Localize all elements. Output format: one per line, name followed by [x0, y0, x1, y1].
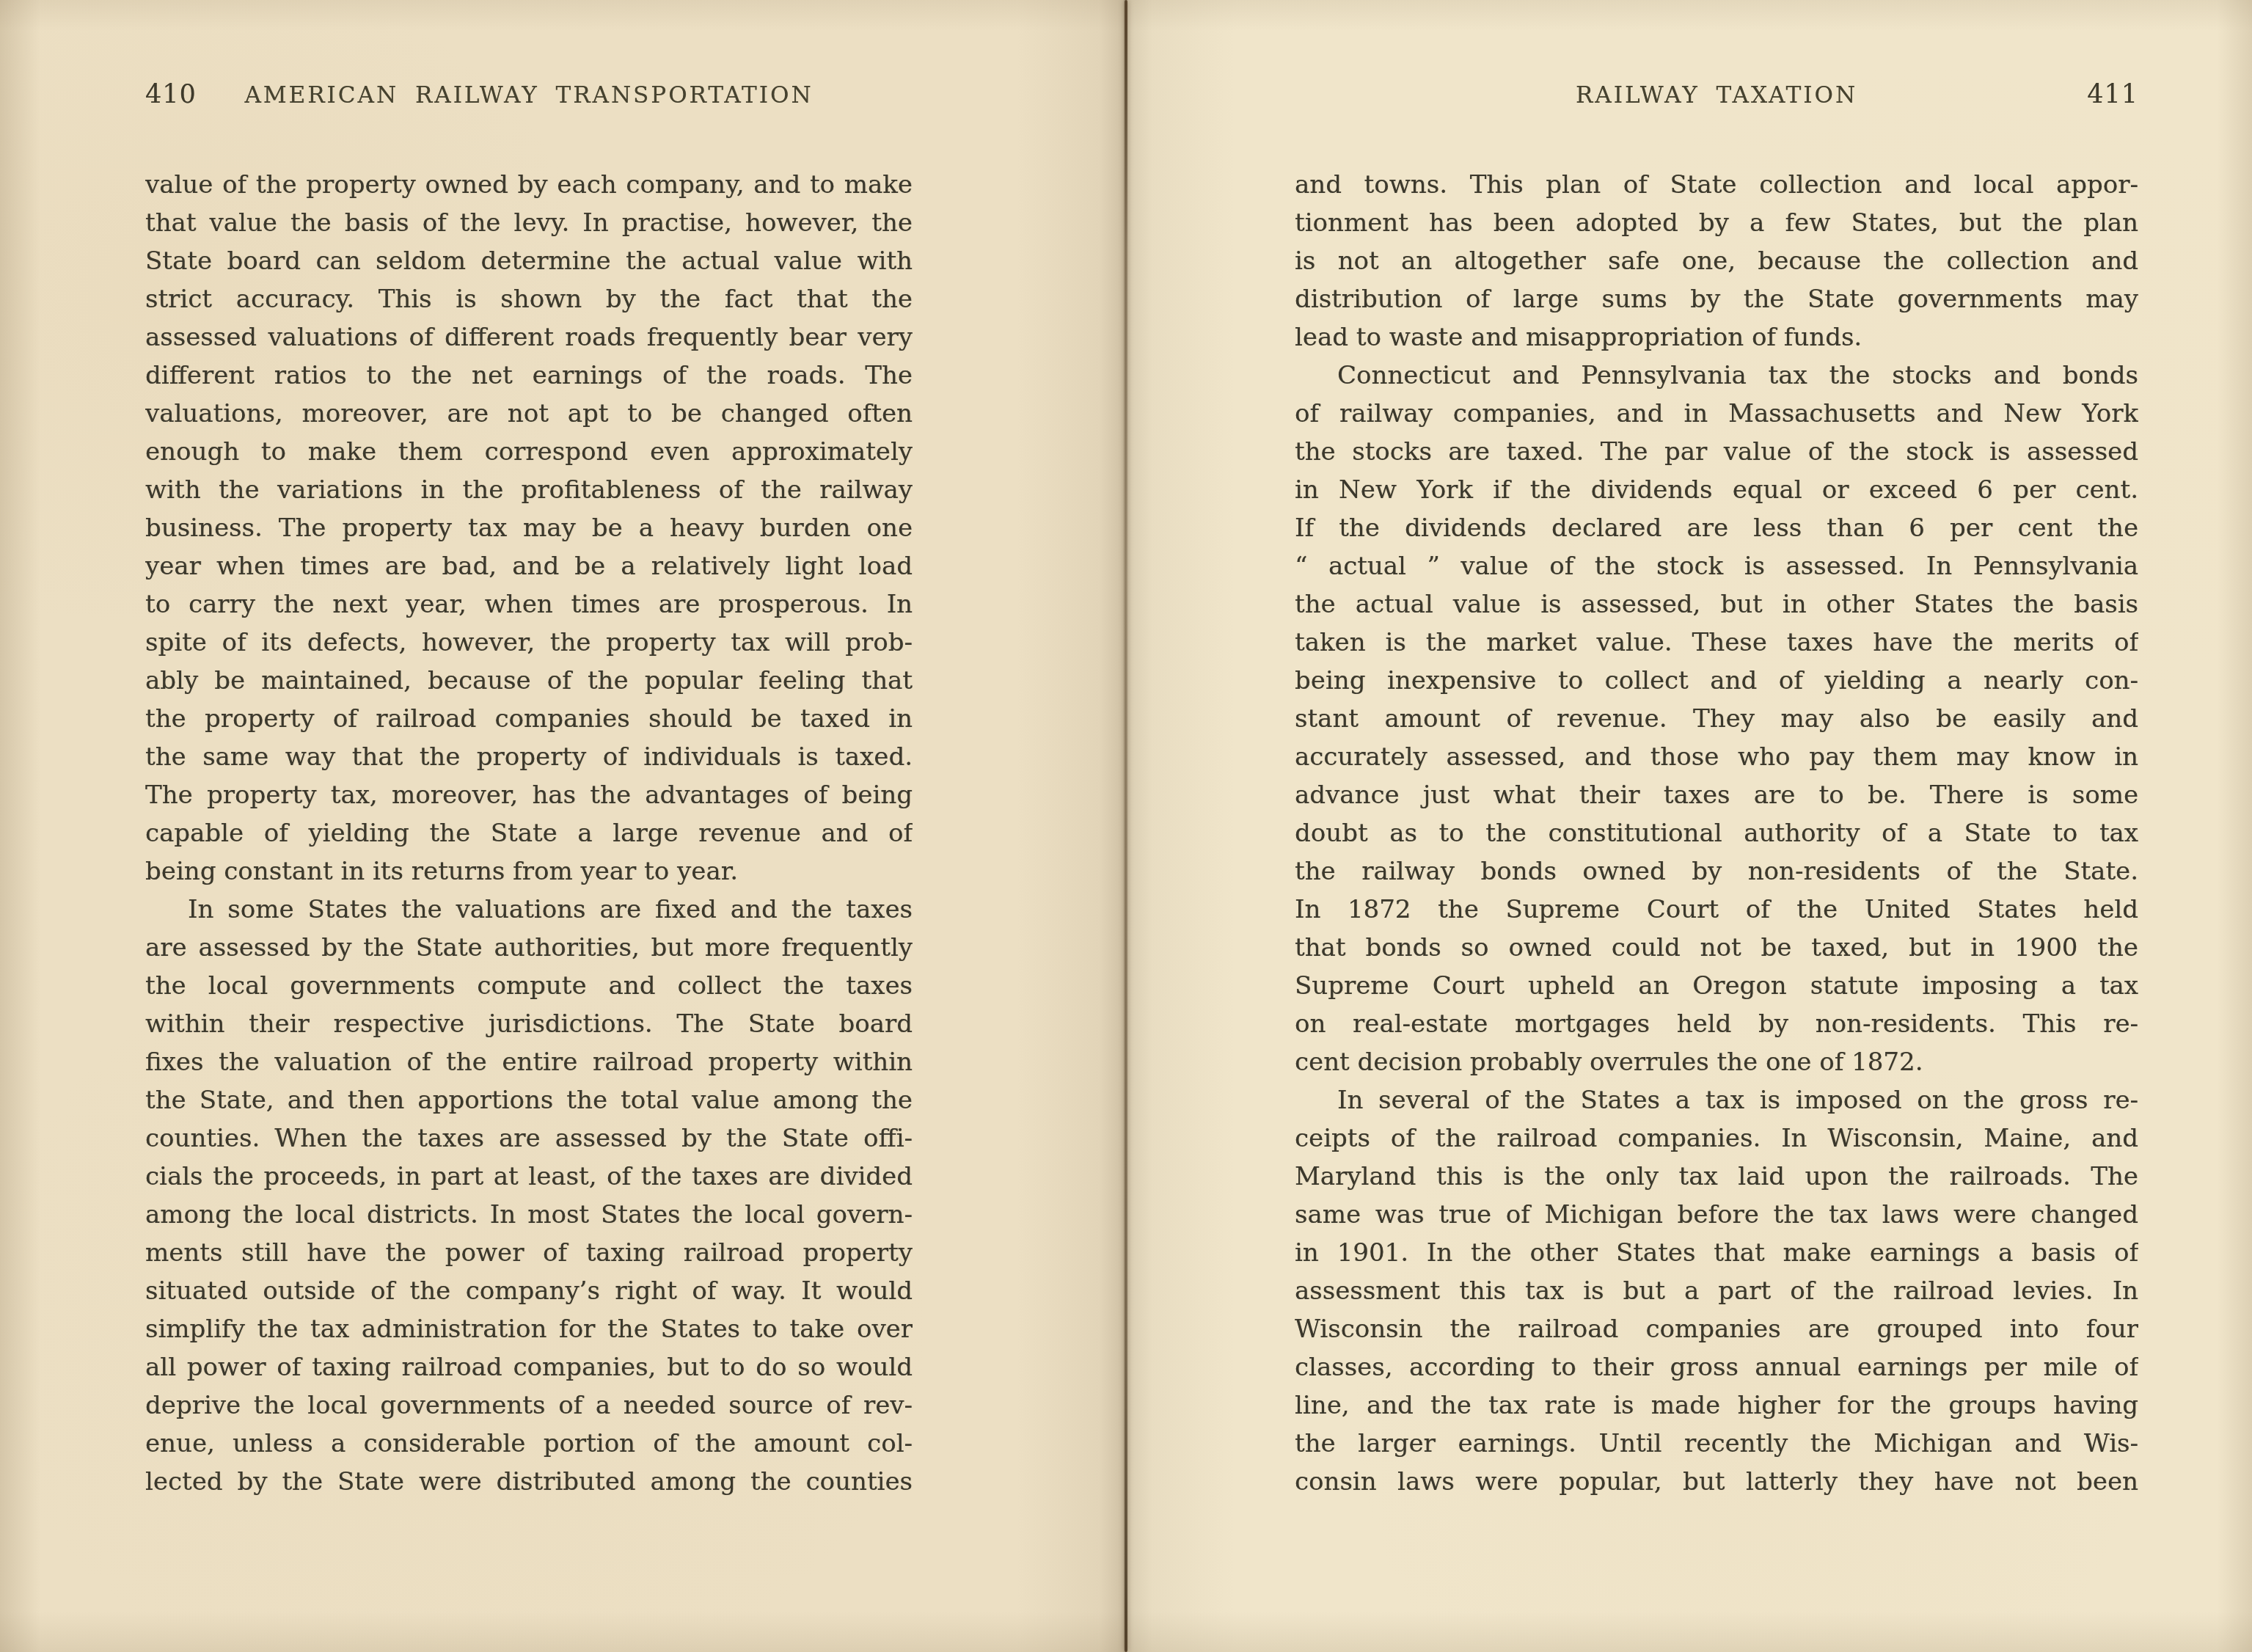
- text-line: being constant in its returns from year …: [145, 852, 913, 891]
- text-line: tionment has been adopted by a few State…: [1295, 204, 2138, 242]
- text-line: fixes the valuation of the entire railro…: [145, 1043, 913, 1081]
- text-line: distribution of large sums by the State …: [1295, 280, 2138, 318]
- text-line: enue, unless a considerable portion of t…: [145, 1425, 913, 1463]
- left-page-number: 410: [145, 80, 197, 109]
- text-line: situated outside of the company’s right …: [145, 1272, 913, 1310]
- text-line: “ actual ” value of the stock is assesse…: [1295, 547, 2138, 585]
- text-line: strict accuracy. This is shown by the fa…: [145, 280, 913, 318]
- text-line: and towns. This plan of State collection…: [1295, 166, 2138, 204]
- text-line: advance just what their taxes are to be.…: [1295, 776, 2138, 814]
- text-line: Supreme Court upheld an Oregon statute i…: [1295, 967, 2138, 1005]
- right-page-text: and towns. This plan of State collection…: [1295, 166, 2138, 1501]
- right-running-title: RAILWAY TAXATION: [1295, 82, 2138, 109]
- text-line: In some States the valuations are fixed …: [145, 891, 913, 929]
- text-line: Maryland this is the only tax laid upon …: [1295, 1158, 2138, 1196]
- text-line: State board can seldom determine the act…: [145, 242, 913, 280]
- right-page-number: 411: [2087, 80, 2138, 109]
- text-line: with the variations in the profitablenes…: [145, 471, 913, 509]
- text-line: If the dividends declared are less than …: [1295, 509, 2138, 547]
- text-line: being inexpensive to collect and of yiel…: [1295, 662, 2138, 700]
- left-running-head: 410 AMERICAN RAILWAY TRANSPORTATION: [145, 82, 913, 117]
- left-running-title: AMERICAN RAILWAY TRANSPORTATION: [145, 82, 913, 109]
- text-line: enough to make them correspond even appr…: [145, 433, 913, 471]
- text-line: Connecticut and Pennsylvania tax the sto…: [1295, 357, 2138, 395]
- text-line: simplify the tax administration for the …: [145, 1310, 913, 1348]
- text-line: assessed valuations of different roads f…: [145, 318, 913, 357]
- left-page-text: value of the property owned by each comp…: [145, 166, 913, 1501]
- text-line: year when times are bad, and be a relati…: [145, 547, 913, 585]
- right-page: RAILWAY TAXATION 411 and towns. This pla…: [1126, 0, 2252, 1652]
- text-line: to carry the next year, when times are p…: [145, 585, 913, 624]
- text-line: different ratios to the net earnings of …: [145, 357, 913, 395]
- text-line: line, and the tax rate is made higher fo…: [1295, 1386, 2138, 1425]
- text-line: business. The property tax may be a heav…: [145, 509, 913, 547]
- text-line: value of the property owned by each comp…: [145, 166, 913, 204]
- text-line: among the local districts. In most State…: [145, 1196, 913, 1234]
- text-line: counties. When the taxes are assessed by…: [145, 1119, 913, 1158]
- text-line: deprive the local governments of a neede…: [145, 1386, 913, 1425]
- text-line: on real-estate mortgages held by non-res…: [1295, 1005, 2138, 1043]
- text-line: spite of its defects, however, the prope…: [145, 624, 913, 662]
- text-line: ably be maintained, because of the popul…: [145, 662, 913, 700]
- text-line: that bonds so owned could not be taxed, …: [1295, 929, 2138, 967]
- text-line: assessment this tax is but a part of the…: [1295, 1272, 2138, 1310]
- text-line: in 1901. In the other States that make e…: [1295, 1234, 2138, 1272]
- text-line: ceipts of the railroad companies. In Wis…: [1295, 1119, 2138, 1158]
- text-line: that value the basis of the levy. In pra…: [145, 204, 913, 242]
- text-line: consin laws were popular, but latterly t…: [1295, 1463, 2138, 1501]
- text-line: Wisconsin the railroad companies are gro…: [1295, 1310, 2138, 1348]
- text-line: accurately assessed, and those who pay t…: [1295, 738, 2138, 776]
- text-line: valuations, moreover, are not apt to be …: [145, 395, 913, 433]
- text-line: the actual value is assessed, but in oth…: [1295, 585, 2138, 624]
- text-line: are assessed by the State authorities, b…: [145, 929, 913, 967]
- text-line: the State, and then apportions the total…: [145, 1081, 913, 1119]
- text-line: capable of yielding the State a large re…: [145, 814, 913, 852]
- text-line: cials the proceeds, in part at least, of…: [145, 1158, 913, 1196]
- text-line: the same way that the property of indivi…: [145, 738, 913, 776]
- text-line: the larger earnings. Until recently the …: [1295, 1425, 2138, 1463]
- right-running-head: RAILWAY TAXATION 411: [1295, 82, 2138, 117]
- text-line: ments still have the power of taxing rai…: [145, 1234, 913, 1272]
- text-line: taken is the market value. These taxes h…: [1295, 624, 2138, 662]
- text-line: lected by the State were distributed amo…: [145, 1463, 913, 1501]
- text-line: classes, according to their gross annual…: [1295, 1348, 2138, 1386]
- text-line: same was true of Michigan before the tax…: [1295, 1196, 2138, 1234]
- text-line: lead to waste and misappropriation of fu…: [1295, 318, 2138, 357]
- text-line: the stocks are taxed. The par value of t…: [1295, 433, 2138, 471]
- text-line: the local governments compute and collec…: [145, 967, 913, 1005]
- left-page: 410 AMERICAN RAILWAY TRANSPORTATION valu…: [0, 0, 1126, 1652]
- text-line: doubt as to the constitutional authority…: [1295, 814, 2138, 852]
- text-line: stant amount of revenue. They may also b…: [1295, 700, 2138, 738]
- text-line: in New York if the dividends equal or ex…: [1295, 471, 2138, 509]
- text-line: of railway companies, and in Massachuset…: [1295, 395, 2138, 433]
- text-line: In several of the States a tax is impose…: [1295, 1081, 2138, 1119]
- text-line: cent decision probably overrules the one…: [1295, 1043, 2138, 1081]
- text-line: is not an altogether safe one, because t…: [1295, 242, 2138, 280]
- text-line: the railway bonds owned by non-residents…: [1295, 852, 2138, 891]
- book-spread: 410 AMERICAN RAILWAY TRANSPORTATION valu…: [0, 0, 2252, 1652]
- text-line: The property tax, moreover, has the adva…: [145, 776, 913, 814]
- text-line: all power of taxing railroad companies, …: [145, 1348, 913, 1386]
- text-line: In 1872 the Supreme Court of the United …: [1295, 891, 2138, 929]
- text-line: within their respective jurisdictions. T…: [145, 1005, 913, 1043]
- text-line: the property of railroad companies shoul…: [145, 700, 913, 738]
